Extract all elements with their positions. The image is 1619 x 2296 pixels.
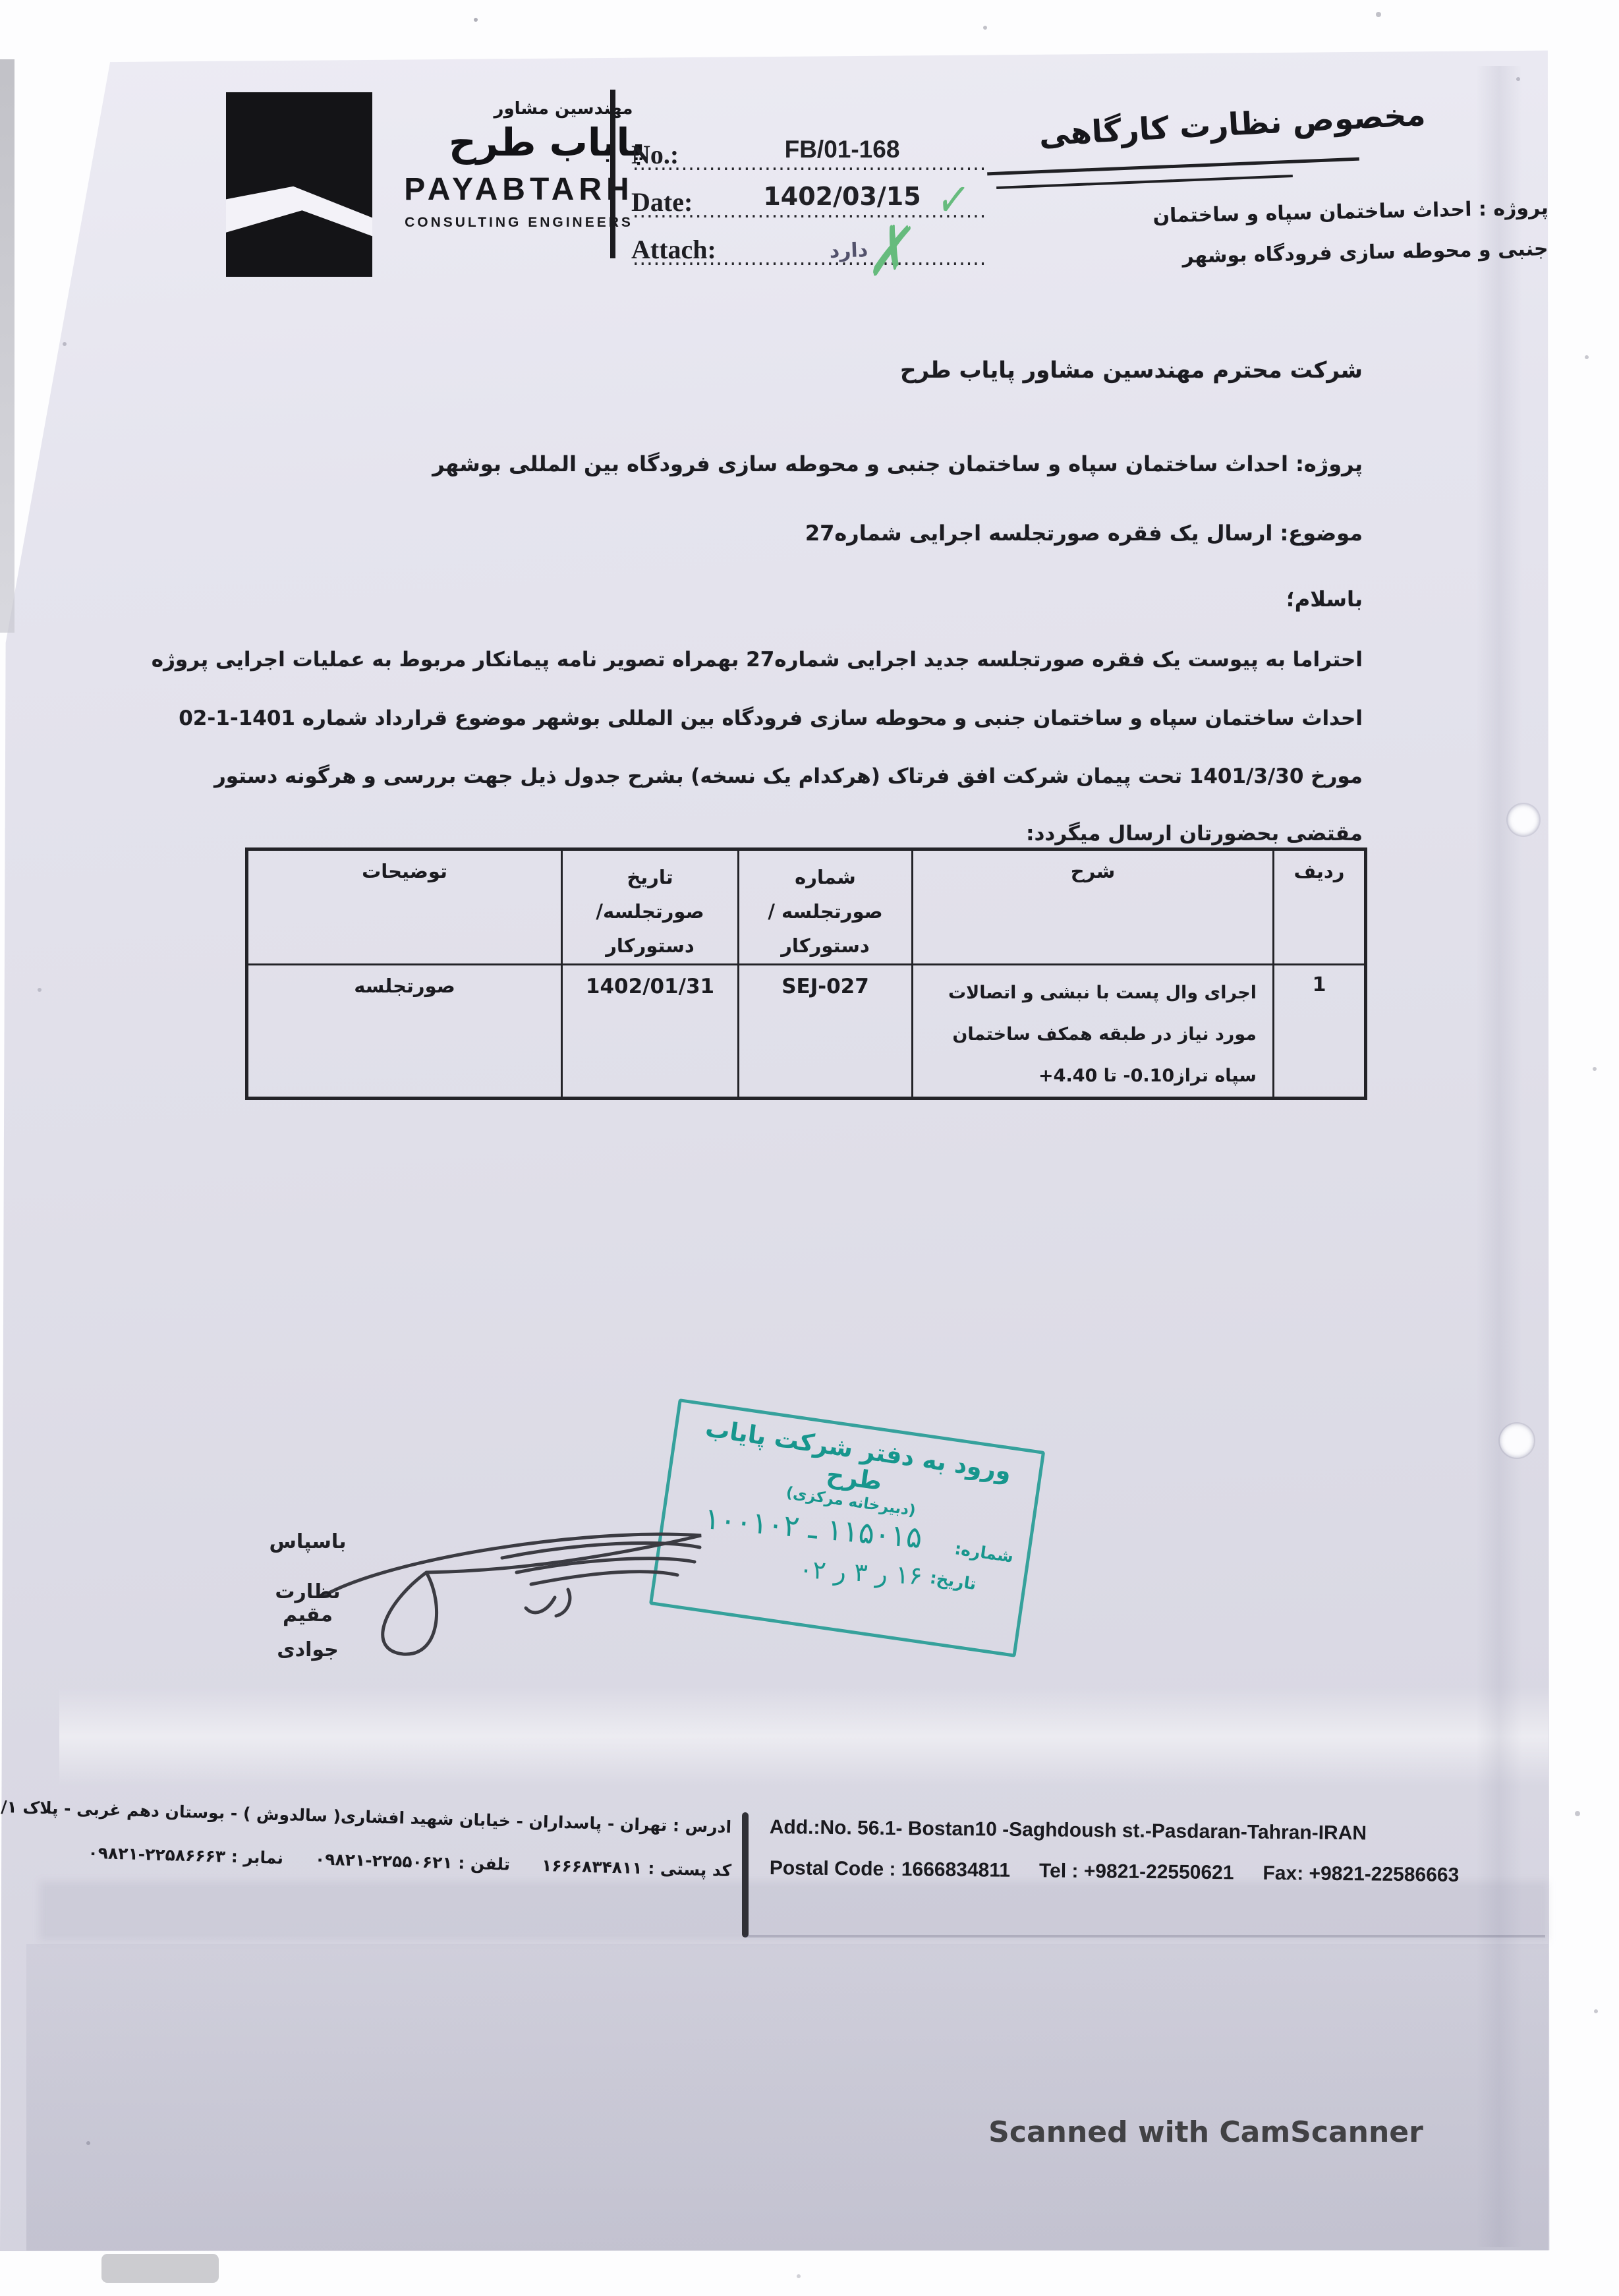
cell-shomare: SEJ-027 [739,965,913,1099]
footer-en-tel: Tel : +9821-22550621 [1039,1860,1234,1884]
salutation-line: باسلام؛ [1286,587,1363,612]
recipient-line: شرکت محترم مهندسین مشاور پایاب طرح [900,357,1363,384]
header-divider [610,90,615,258]
camscanner-watermark: Scanned with CamScanner [988,2115,1423,2149]
ref-no-line: ........................................… [631,125,987,173]
scan-bottom-shade [26,1944,1548,2251]
ref-no-label: No.: [631,139,679,170]
brand-en-main: PAYABTARH [366,171,672,208]
footer-fa-postal-label: کد پستی : [648,1858,731,1880]
scan-wrinkle-band [40,1881,1548,1941]
cell-tarikh: 1402/01/31 [562,965,739,1099]
signature-scribble [304,1497,726,1675]
cell-sharh-l1: اجرای وال پست با نبشی و اتصالات [929,972,1257,1014]
stamp-number-label: شماره: [953,1539,1015,1566]
stamp-date-label: تاریخ: [929,1568,978,1593]
minutes-table: ردیف شرح شماره صورتجلسه / دستورکار تاریخ… [245,847,1367,1100]
ref-date-label: Date: [631,187,693,217]
punch-hole [1500,1423,1534,1458]
stamp-date-value: ۱۶ ر ۳ ر ۰۲ [799,1555,923,1590]
brand-en-sub: CONSULTING ENGINEERS [379,215,659,231]
scan-dust-speckles [0,0,3,3]
table-row: 1 اجرای وال پست با نبشی و اتصالات مورد ن… [247,965,1366,1099]
scan-edge-shadow [0,59,14,633]
body-line: احتراما به پیوست یک فقره صورتجلسه جدید ا… [152,648,1363,672]
payabtarh-logo [226,92,372,277]
col-header-tarikh: تاریخ صورتجلسه/ دستورکار [562,849,739,965]
ref-date-value: 1402/03/15 [730,182,954,211]
cell-radif: 1 [1274,965,1366,1099]
page-bottom-artifact [101,2254,219,2283]
signature-name: جوادی [252,1638,364,1661]
cell-sharh-l3: سپاه تراز0.10- تا 4.40+ [929,1055,1257,1097]
ref-no-value: FB/01-168 [730,136,954,163]
cell-sharh: اجرای وال پست با نبشی و اتصالات مورد نیا… [913,965,1274,1099]
ref-attach-line: ........................................… [631,220,987,268]
logo-swoosh-icon [226,92,372,277]
cell-sharh-l2: مورد نیاز در طبقه همکف ساختمان [929,1014,1257,1055]
body-line: احداث ساختمان سپاه و ساختمان جنبی و محوط… [179,706,1363,730]
scanned-letter-page: مهندسین مشاور پایاب طرح PAYABTARH CONSUL… [0,0,1619,2296]
cell-tozihat: صورتجلسه [247,965,562,1099]
footer-divider [742,1812,749,1937]
ref-date-line: ........................................… [631,173,987,220]
col-header-tozihat: توضیحات [247,849,562,965]
body-line: مورخ 1401/3/30 تحت پیمان شرکت افق فرتاک … [214,764,1363,788]
col-header-shomare-l1: شماره [740,860,911,894]
footer-en-fax: Fax: +9821-22586663 [1263,1862,1459,1887]
footer-fa-fax-label: نمابر : [231,1847,283,1868]
col-header-sharh: شرح [913,849,1274,965]
col-header-radif: ردیف [1274,849,1366,965]
subject-line: موضوع: ارسال یک فقره صورتجلسه اجرایی شما… [805,521,1363,546]
footer-en-postal: Postal Code : 1666834811 [770,1857,1011,1882]
footer-fa-postal-value: ۱۶۶۶۸۳۴۸۱۱ [542,1856,642,1878]
brand-fa-small: مهندسین مشاور [455,99,672,119]
signature-thanks: باسپاس [252,1530,364,1553]
col-header-shomare-l2: صورتجلسه / [740,894,911,929]
col-header-tarikh-l3: دستورکار [563,929,737,963]
footer-fa-fax-value: ۰۹۸۲۱-۲۲۵۸۶۶۶۳ [88,1843,225,1866]
footer-fa-tel-label: تلفن : [458,1853,511,1874]
punch-hole [1508,804,1539,836]
project-line: پروژه: احداث ساختمان سپاه و ساختمان جنبی… [432,451,1363,476]
scan-wrinkle-right [1476,66,1522,2247]
col-header-shomare-l3: دستورکار [740,929,911,963]
ref-attach-label: Attach: [631,234,716,265]
paper-fold-line [745,1935,1545,1937]
col-header-shomare: شماره صورتجلسه / دستورکار [739,849,913,965]
col-header-tarikh-l2: صورتجلسه/ [563,894,737,929]
footer-fa-tel-value: ۰۹۸۲۱-۲۲۵۵۰۶۲۱ [315,1849,453,1872]
scan-light-band [59,1687,1548,1786]
body-line: مقتضی بحضورتان ارسال میگردد: [1026,822,1363,846]
col-header-tarikh-l1: تاریخ [563,860,737,894]
signature-role: نظارت مقیم [252,1580,364,1626]
